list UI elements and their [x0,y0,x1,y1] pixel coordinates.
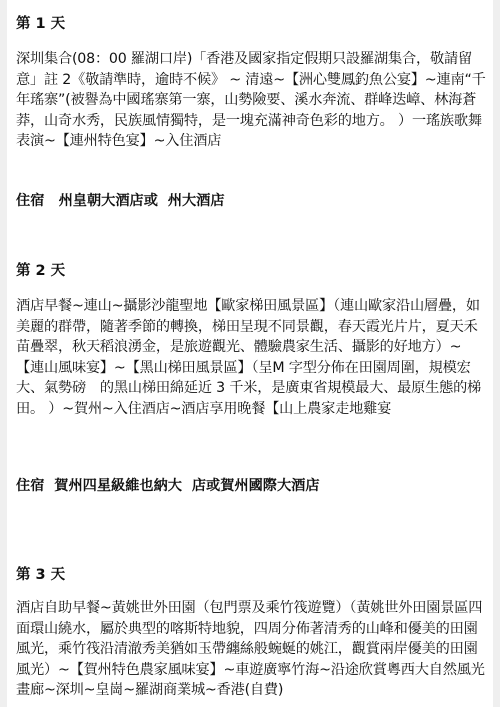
day-3-description: 酒店自助早餐~黃姚世外田園（包門票及乘竹筏遊覽）（黃姚世外田園景區四面環山繞水，… [16,598,486,701]
day-1-title: 第 1 天 [16,14,486,34]
day-2-title: 第 2 天 [16,261,486,281]
day-3-title: 第 3 天 [16,565,486,585]
day-1-description: 深圳集合(08：00 羅湖口岸)「香港及國家指定假期只設羅湖集合，敬請留意」註 … [16,49,486,152]
day-1-accommodation: 住宿 州皇朝大酒店或 州大酒店 [16,191,486,211]
day-2-description: 酒店早餐~連山~攝影沙龍聖地【歐家梯田風景區】（連山歐家沿山層疊，如美麗的群帶，… [16,296,486,420]
itinerary-card: 第 1 天 深圳集合(08：00 羅湖口岸)「香港及國家指定假期只設羅湖集合，敬… [7,0,493,707]
day-2-accommodation: 住宿 賀州四星級維也納大 店或賀州國際大酒店 [16,476,486,496]
